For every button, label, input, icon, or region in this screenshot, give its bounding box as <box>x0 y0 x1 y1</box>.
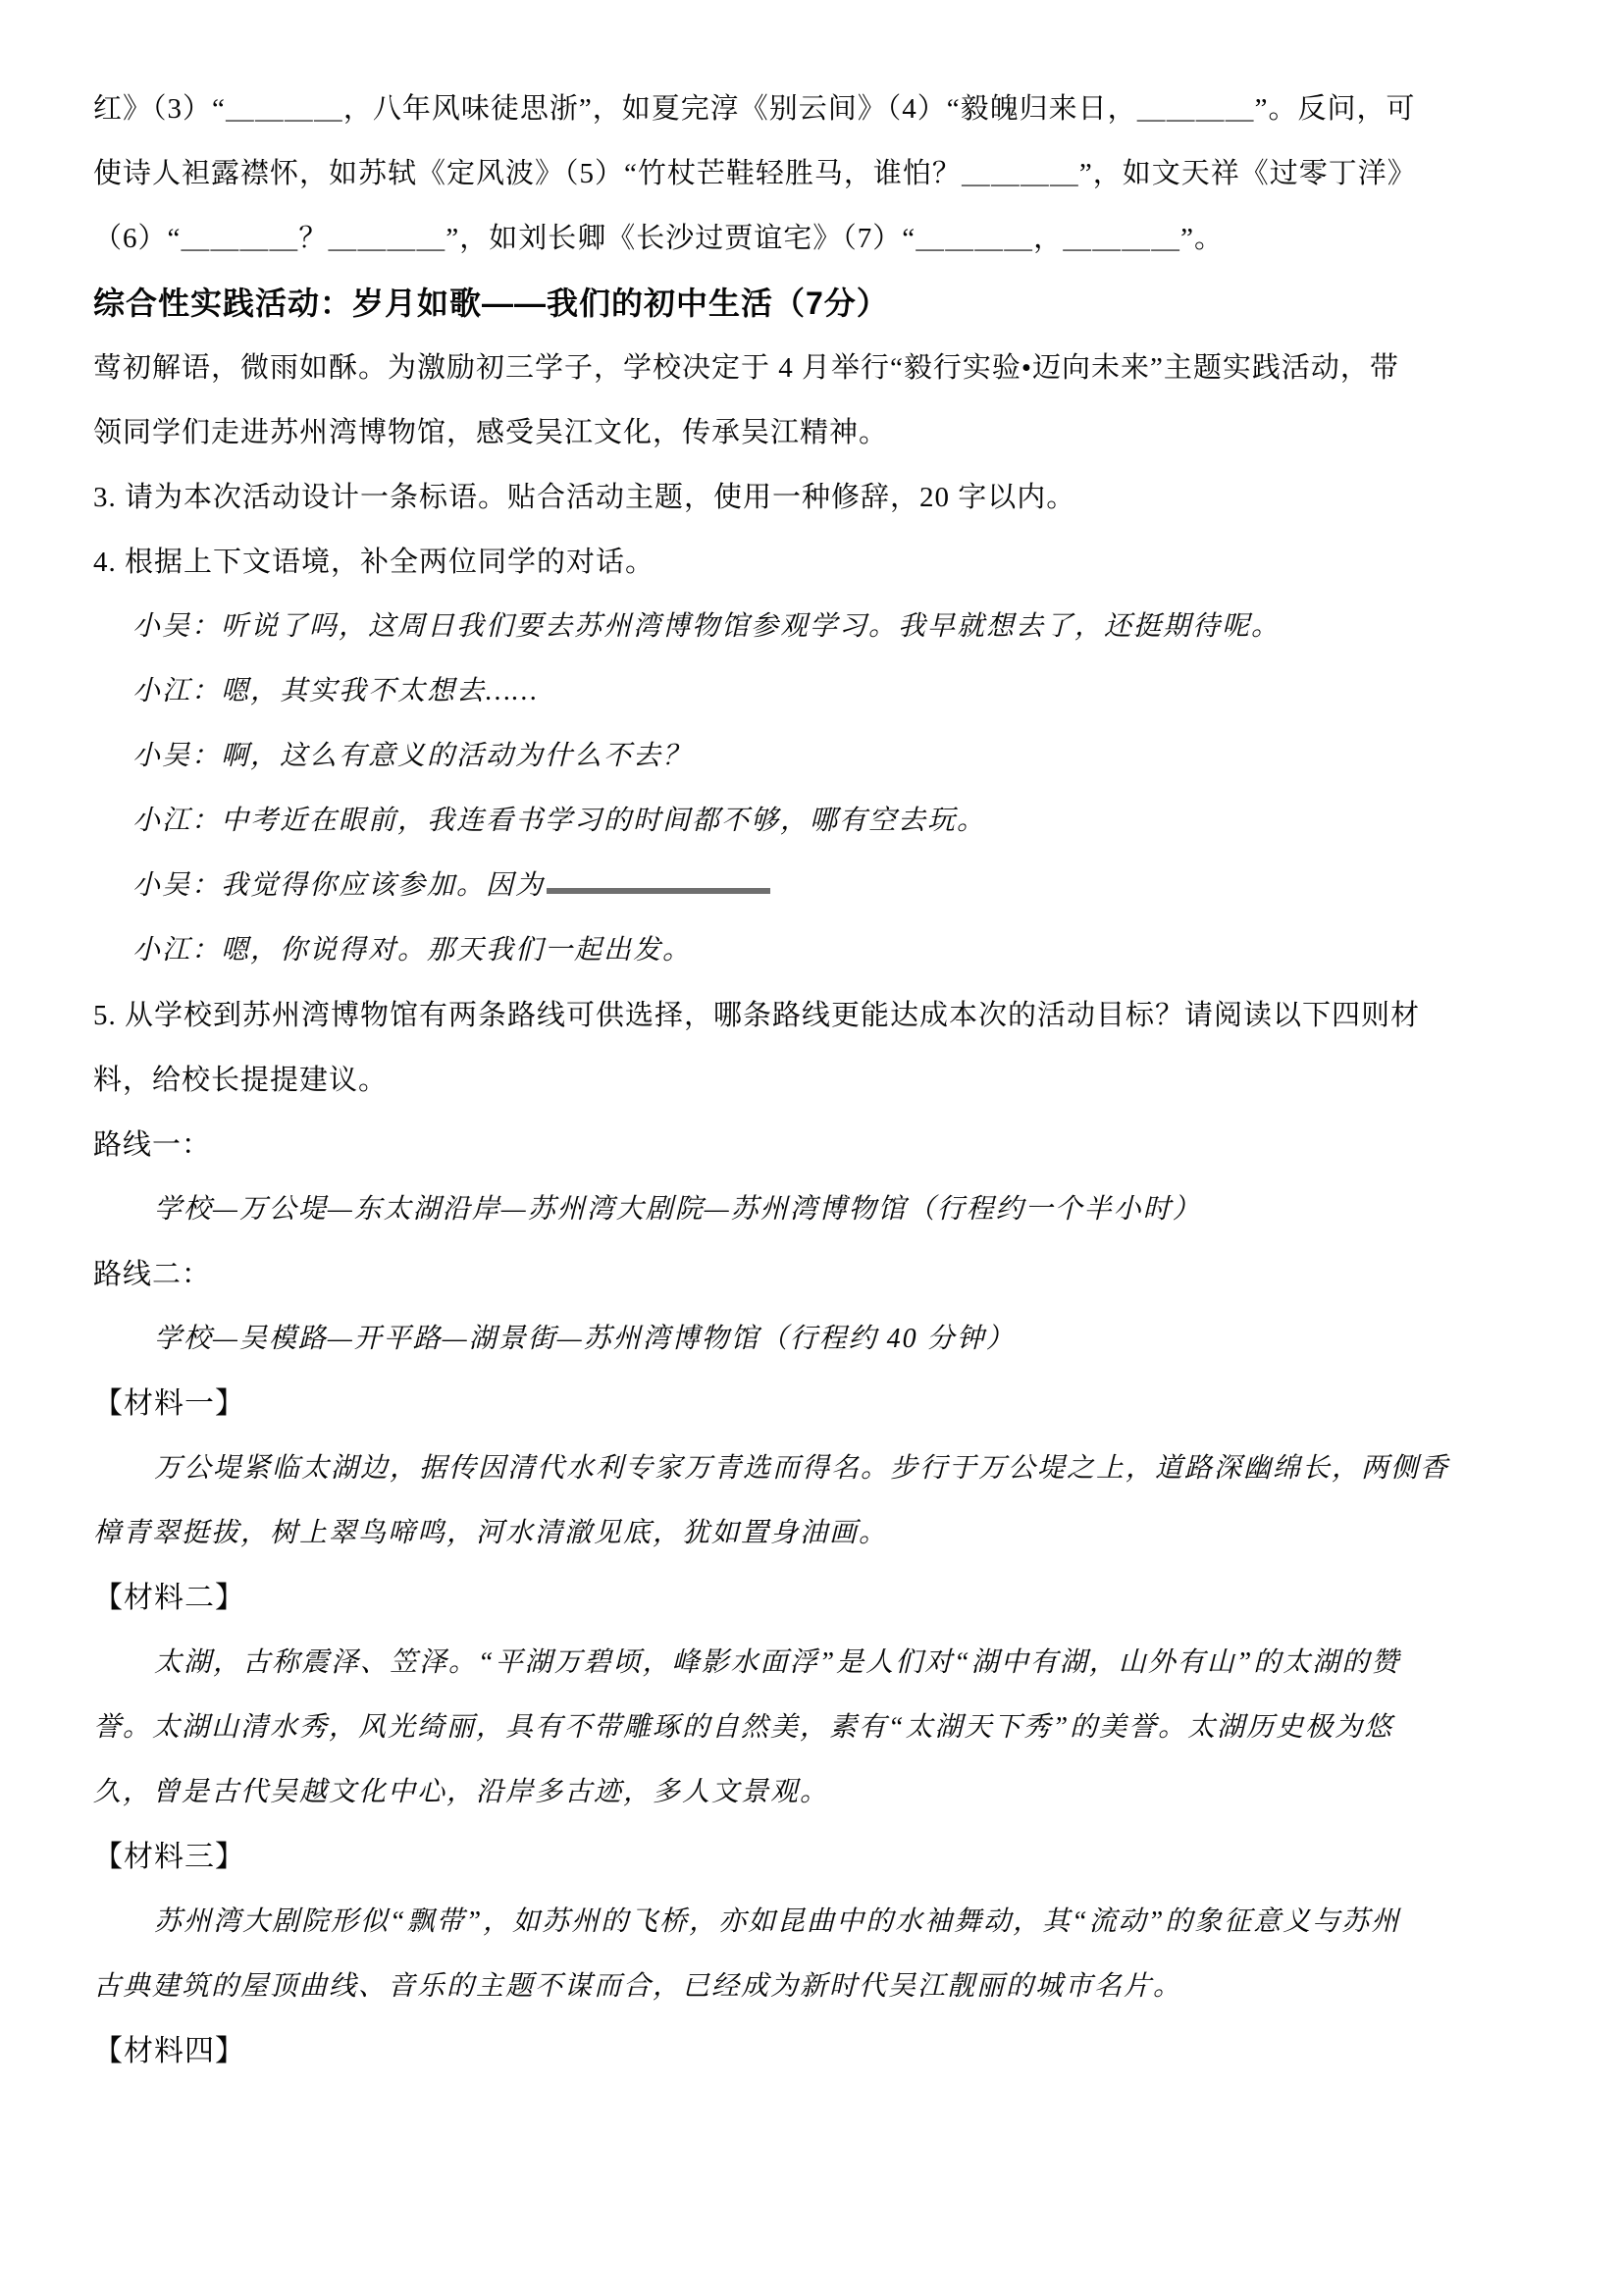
material-1-title: 【材料一】 <box>93 1372 1539 1436</box>
intro-line-2: 领同学们走进苏州湾博物馆，感受吴江文化，传承吴江精神。 <box>93 400 1539 465</box>
material-1-line-2: 樟青翠挺拔，树上翠鸟啼鸣，河水清澈见底，犹如置身油画。 <box>93 1501 1539 1566</box>
question-4: 4. 根据上下文语境，补全两位同学的对话。 <box>93 530 1539 595</box>
answer-blank-underline <box>547 888 770 894</box>
fill-blank-line-3: （6）“＿＿＿＿？＿＿＿＿”，如刘长卿《长沙过贾谊宅》（7）“＿＿＿＿，＿＿＿＿… <box>93 206 1539 271</box>
question-5-line-1: 5. 从学校到苏州湾博物馆有两条路线可供选择，哪条路线更能达成本次的活动目标？请… <box>93 983 1539 1048</box>
material-3-line-1: 苏州湾大剧院形似“飘带”，如苏州的飞桥，亦如昆曲中的水袖舞动，其“流动”的象征意… <box>93 1890 1539 1955</box>
dialogue-line-3: 小吴：啊，这么有意义的活动为什么不去？ <box>93 724 1539 789</box>
intro-line-1: 莺初解语，微雨如酥。为激励初三学子，学校决定于 4 月举行“毅行实验•迈向未来”… <box>93 336 1539 400</box>
material-2-line-3: 久，曾是古代吴越文化中心，沿岸多古迹，多人文景观。 <box>93 1760 1539 1825</box>
question-3: 3. 请为本次活动设计一条标语。贴合活动主题，使用一种修辞，20 字以内。 <box>93 465 1539 530</box>
route-2-path: 学校—吴模路—开平路—湖景街—苏州湾博物馆（行程约 40 分钟） <box>93 1307 1539 1372</box>
question-5-line-2: 料，给校长提提建议。 <box>93 1048 1539 1113</box>
route-2-label: 路线二： <box>93 1242 1539 1307</box>
fill-blank-line-1: 红》（3）“＿＿＿＿，八年风味徒思浙”，如夏完淳《别云间》（4）“毅魄归来日，＿… <box>93 77 1539 141</box>
material-3-title: 【材料三】 <box>93 1825 1539 1890</box>
document-page: 红》（3）“＿＿＿＿，八年风味徒思浙”，如夏完淳《别云间》（4）“毅魄归来日，＿… <box>0 0 1623 2296</box>
material-2-line-1: 太湖，古称震泽、笠泽。“平湖万碧顷，峰影水面浮”是人们对“湖中有湖，山外有山”的… <box>93 1631 1539 1696</box>
activity-section-heading: 综合性实践活动：岁月如歌——我们的初中生活（7分） <box>93 271 1539 336</box>
material-2-line-2: 誉。太湖山清水秀，风光绮丽，具有不带雕琢的自然美，素有“太湖天下秀”的美誉。太湖… <box>93 1696 1539 1760</box>
material-4-title: 【材料四】 <box>93 2019 1539 2084</box>
dialogue-line-6: 小江：嗯，你说得对。那天我们一起出发。 <box>93 918 1539 983</box>
dialogue-line-2: 小江：嗯，其实我不太想去…… <box>93 659 1539 724</box>
material-3-line-2: 古典建筑的屋顶曲线、音乐的主题不谋而合，已经成为新时代吴江靓丽的城市名片。 <box>93 1955 1539 2019</box>
route-1-label: 路线一： <box>93 1113 1539 1177</box>
dialogue-line-5: 小吴：我觉得你应该参加。因为 <box>93 854 1539 918</box>
material-1-line-1: 万公堤紧临太湖边，据传因清代水利专家万青选而得名。步行于万公堤之上，道路深幽绵长… <box>93 1436 1539 1501</box>
document-content: 红》（3）“＿＿＿＿，八年风味徒思浙”，如夏完淳《别云间》（4）“毅魄归来日，＿… <box>93 77 1539 2084</box>
dialogue-line-1: 小吴：听说了吗，这周日我们要去苏州湾博物馆参观学习。我早就想去了，还挺期待呢。 <box>93 595 1539 659</box>
fill-blank-line-2: 使诗人袒露襟怀，如苏轼《定风波》（5）“竹杖芒鞋轻胜马，谁怕？＿＿＿＿”，如文天… <box>93 141 1539 206</box>
dialogue-line-5-text: 小吴：我觉得你应该参加。因为 <box>132 870 545 901</box>
dialogue-line-4: 小江：中考近在眼前，我连看书学习的时间都不够，哪有空去玩。 <box>93 789 1539 854</box>
material-2-title: 【材料二】 <box>93 1566 1539 1631</box>
route-1-path: 学校—万公堤—东太湖沿岸—苏州湾大剧院—苏州湾博物馆（行程约一个半小时） <box>93 1177 1539 1242</box>
